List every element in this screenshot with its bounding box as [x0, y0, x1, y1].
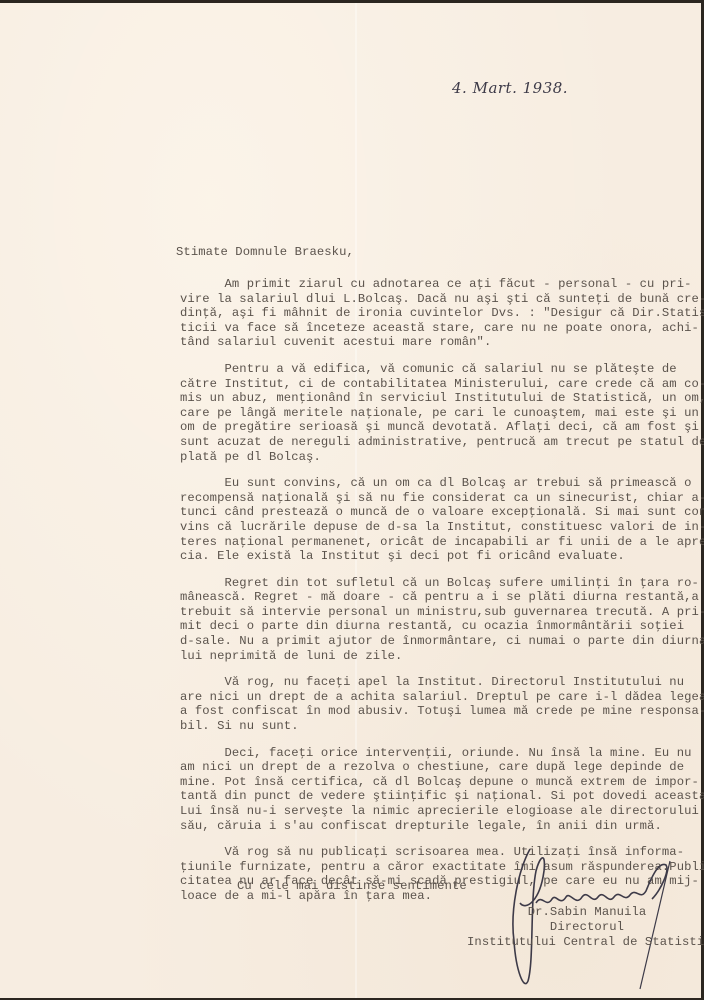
text-line: teres naţional permanenet, oricât de inc…	[180, 535, 680, 550]
text-line: lui neprimită de luni de zile.	[180, 649, 680, 664]
text-line: am nici un drept de a rezolva o chestiun…	[180, 760, 680, 775]
text-line: vins că lucrările depuse de d-sa la Inst…	[180, 520, 680, 535]
signatory-title: Directorul	[467, 920, 704, 935]
paragraph-1: Am primit ziarul cu adnotarea ce aţi făc…	[180, 277, 680, 350]
letter-body: Am primit ziarul cu adnotarea ce aţi făc…	[180, 277, 680, 916]
text-line: mis un abuz, menţionând în serviciul Ins…	[180, 391, 680, 406]
handwritten-date: 4. Mart. 1938.	[452, 79, 568, 97]
text-line: sunt acuzat de nereguli administrative, …	[180, 435, 680, 450]
text-line: bil. Si nu sunt.	[180, 719, 680, 734]
signatory-name: Dr.Sabin Manuila	[467, 905, 704, 920]
text-line: Lui însă nu-i serveşte la nimic aprecier…	[180, 804, 680, 819]
text-line: Pentru a vă edifica, vă comunic că salar…	[180, 362, 680, 377]
text-line: om de pregătire serioasă şi muncă devota…	[180, 420, 680, 435]
text-line: tunci când prestează o muncă de o valoar…	[180, 505, 680, 520]
closing-phrase: Cu cele mai distinse sentimente	[237, 879, 467, 893]
text-line: mânească. Regret - mă doare - că pentru …	[180, 590, 680, 605]
paragraph-5: Vă rog, nu faceţi apel la Institut. Dire…	[180, 675, 680, 733]
paragraph-2: Pentru a vă edifica, vă comunic că salar…	[180, 362, 680, 464]
signatory-block: Dr.Sabin Manuila Directorul Institutului…	[467, 905, 704, 950]
text-line: Regret din tot sufletul că un Bolcaş suf…	[180, 576, 680, 591]
text-line: mine. Pot însă certifica, că dl Bolcaş d…	[180, 775, 680, 790]
text-line: recompensă naţională şi să nu fie consid…	[180, 491, 680, 506]
text-line: d-sale. Nu a primit ajutor de înmormânta…	[180, 634, 680, 649]
salutation: Stimate Domnule Braesku,	[176, 245, 354, 259]
text-line: a fost confiscat în mod abusiv. Totuşi l…	[180, 704, 680, 719]
text-line: Am primit ziarul cu adnotarea ce aţi făc…	[180, 277, 680, 292]
paragraph-3: Eu sunt convins, că un om ca dl Bolcaş a…	[180, 476, 680, 564]
text-line: vire la salariul dlui L.Bolcaş. Dacă nu …	[180, 292, 680, 307]
text-line: tantă din punct de vedere ştiinţific şi …	[180, 789, 680, 804]
text-line: trebuit să intervie personal un ministru…	[180, 605, 680, 620]
text-line: care pe lângă meritele naţionale, pe car…	[180, 406, 680, 421]
text-line: plată pe dl Bolcaş.	[180, 450, 680, 465]
text-line: Deci, faceţi orice intervenţii, oriunde.…	[180, 746, 680, 761]
text-line: are nici un drept de a achita salariul. …	[180, 690, 680, 705]
text-line: Vă rog, nu faceţi apel la Institut. Dire…	[180, 675, 680, 690]
text-line: către Institut, ci de contabilitatea Min…	[180, 377, 680, 392]
letter-page: 4. Mart. 1938. Stimate Domnule Braesku, …	[0, 3, 701, 998]
text-line: mit deci o parte din diurna restantă, cu…	[180, 619, 680, 634]
text-line: dinţă, aşi fi mâhnit de ironia cuvintelo…	[180, 306, 680, 321]
text-line: tând salariul cuvenit acestui mare român…	[180, 335, 680, 350]
text-line: ticii va face să înceteze această stare,…	[180, 321, 680, 336]
paragraph-6: Deci, faceţi orice intervenţii, oriunde.…	[180, 746, 680, 834]
text-line: său, căruia i s'au confiscat drepturile …	[180, 819, 680, 834]
paragraph-4: Regret din tot sufletul că un Bolcaş suf…	[180, 576, 680, 664]
signatory-institution: Institutului Central de Statistică	[467, 935, 704, 950]
text-line: Eu sunt convins, că un om ca dl Bolcaş a…	[180, 476, 680, 491]
text-line: cia. Ele există la Institut şi deci pot …	[180, 549, 680, 564]
